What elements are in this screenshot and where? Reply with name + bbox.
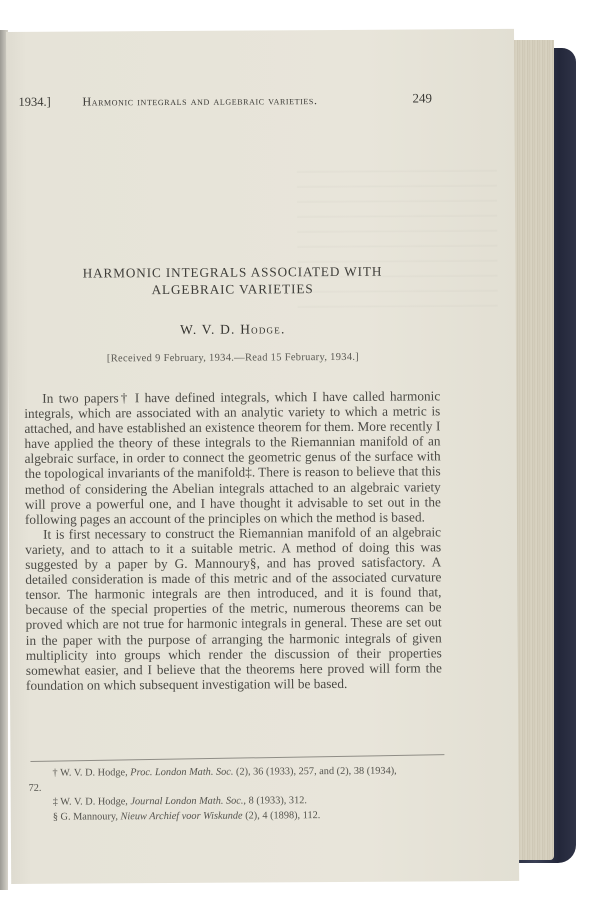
- footnote-details: 8 (1933), 312.: [249, 795, 307, 806]
- running-head-title: Harmonic integrals and algebraic varieti…: [82, 93, 317, 109]
- running-head-year: 1934.]: [18, 95, 50, 110]
- page-number: 249: [412, 90, 432, 106]
- running-head: 1934.] Harmonic integrals and algebraic …: [12, 92, 452, 115]
- article-title: HARMONIC INTEGRALS ASSOCIATED WITH ALGEB…: [47, 262, 417, 298]
- paragraph: In two papers† I have defined integrals,…: [24, 388, 441, 526]
- article-title-line-1: HARMONIC INTEGRALS ASSOCIATED WITH: [47, 262, 417, 281]
- footnote-journal: Nieuw Archief voor Wiskunde: [120, 810, 242, 822]
- footnote-author: W. V. D. Hodge,: [60, 796, 128, 807]
- paragraph: It is first necessary to construct the R…: [25, 524, 442, 693]
- footnote: § G. Mannoury, Nieuw Archief voor Wiskun…: [29, 808, 449, 825]
- footnote-divider: [30, 754, 444, 762]
- received-date: [Received 9 February, 1934.—Read 15 Febr…: [48, 351, 418, 364]
- book-page: 1934.] Harmonic integrals and algebraic …: [6, 29, 519, 884]
- footnote-mark: †: [52, 768, 57, 779]
- footnote-author: G. Mannoury,: [60, 811, 117, 822]
- body-text: In two papers† I have defined integrals,…: [24, 388, 442, 692]
- footnote-mark: §: [53, 811, 58, 822]
- footnotes: † W. V. D. Hodge, Proc. London Math. Soc…: [28, 764, 448, 825]
- footnote-details: (2), 4 (1898), 112.: [245, 810, 320, 821]
- article-title-line-2: ALGEBRAIC VARIETIES: [48, 279, 418, 298]
- footnote-journal: Journal London Math. Soc.,: [130, 796, 246, 808]
- footnote: † W. V. D. Hodge, Proc. London Math. Soc…: [28, 764, 448, 781]
- article-author: W. V. D. Hodge.: [48, 320, 418, 338]
- footnote-mark: ‡: [53, 797, 58, 808]
- footnote-journal: Proc. London Math. Soc.: [130, 767, 233, 779]
- footnote-details: (2), 36 (1933), 257, and (2), 38 (1934),: [236, 766, 397, 778]
- footnote-author: W. V. D. Hodge,: [60, 767, 128, 778]
